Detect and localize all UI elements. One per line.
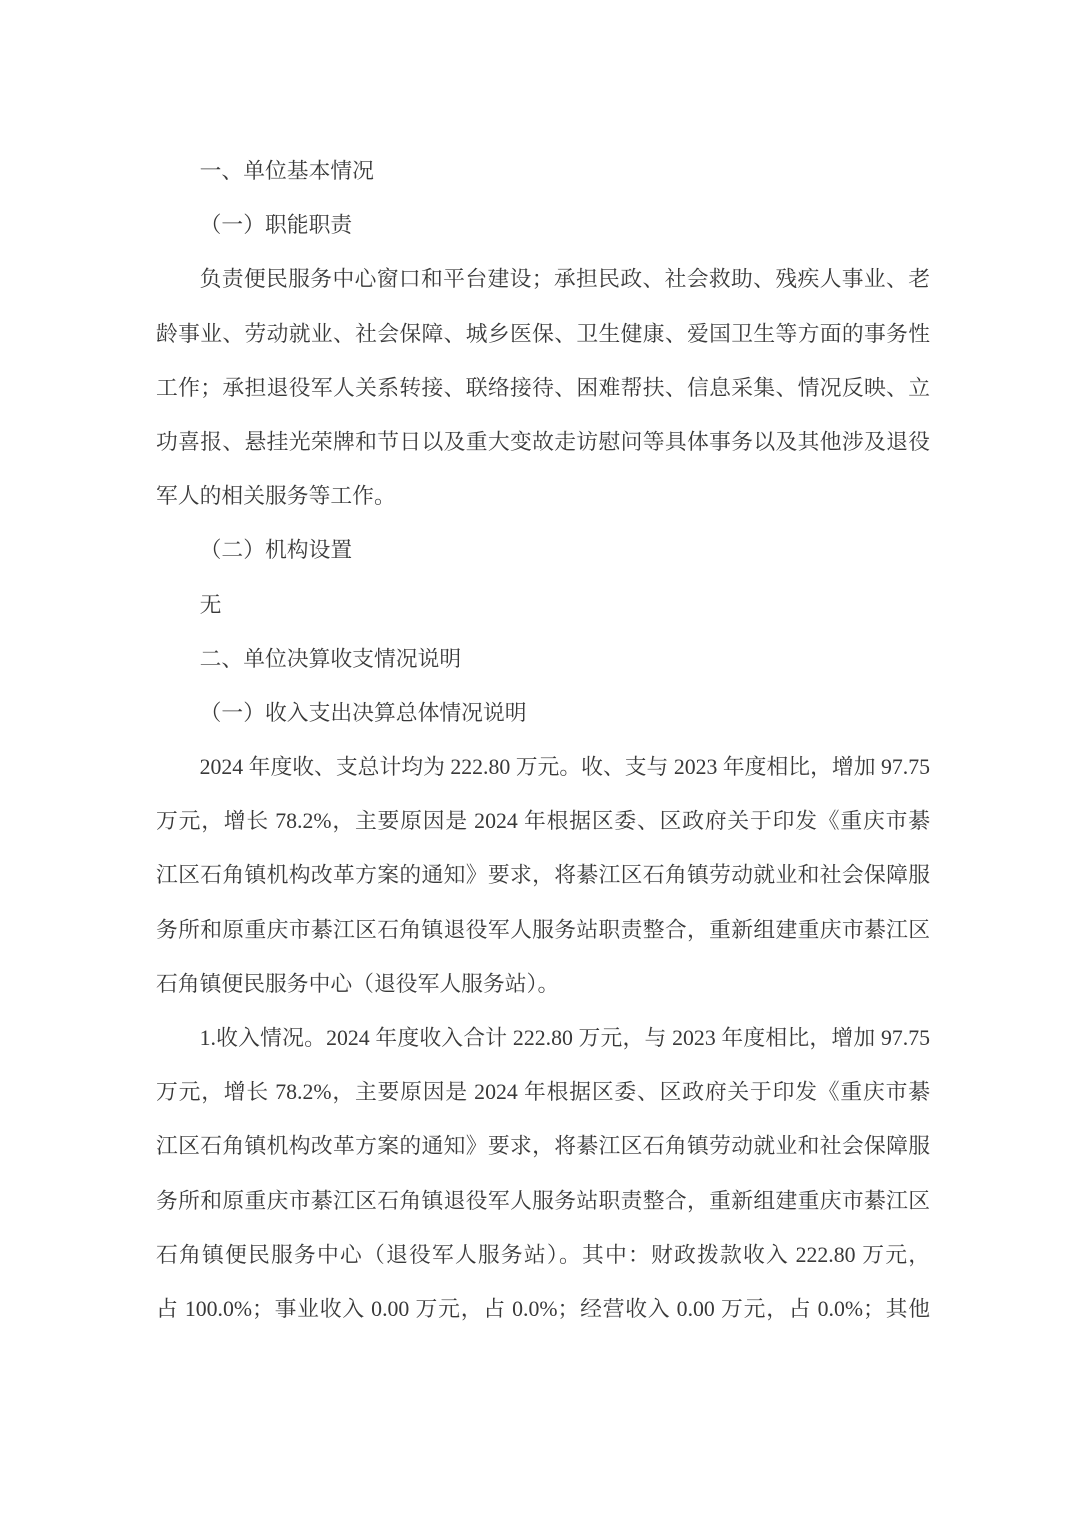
text-line: 石角镇便民服务中心（退役军人服务站）。 (156, 957, 930, 1011)
text-line: 务所和原重庆市綦江区石角镇退役军人服务站职责整合，重新组建重庆市綦江区 (156, 1174, 930, 1228)
text-line: 江区石角镇机构改革方案的通知》要求，将綦江区石角镇劳动就业和社会保障服 (156, 1119, 930, 1173)
text-line: 负责便民服务中心窗口和平台建设；承担民政、社会救助、残疾人事业、老 (156, 252, 930, 306)
document-text-body: 一、单位基本情况（一）职能职责负责便民服务中心窗口和平台建设；承担民政、社会救助… (156, 144, 930, 1336)
text-line: 务所和原重庆市綦江区石角镇退役军人服务站职责整合，重新组建重庆市綦江区 (156, 903, 930, 957)
text-line: 万元，增长 78.2%，主要原因是 2024 年根据区委、区政府关于印发《重庆市… (156, 794, 930, 848)
text-line: 万元，增长 78.2%，主要原因是 2024 年根据区委、区政府关于印发《重庆市… (156, 1065, 930, 1119)
text-line: （一）职能职责 (156, 198, 930, 252)
text-line: 一、单位基本情况 (156, 144, 930, 198)
text-line: 石角镇便民服务中心（退役军人服务站）。其中：财政拨款收入 222.80 万元， (156, 1228, 930, 1282)
document-page: 一、单位基本情况（一）职能职责负责便民服务中心窗口和平台建设；承担民政、社会救助… (0, 0, 1074, 1520)
text-line: 军人的相关服务等工作。 (156, 469, 930, 523)
text-line: 龄事业、劳动就业、社会保障、城乡医保、卫生健康、爱国卫生等方面的事务性 (156, 307, 930, 361)
text-line: 占 100.0%；事业收入 0.00 万元，占 0.0%；经营收入 0.00 万… (156, 1282, 930, 1336)
text-line: 功喜报、悬挂光荣牌和节日以及重大变故走访慰问等具体事务以及其他涉及退役 (156, 415, 930, 469)
text-line: （二）机构设置 (156, 523, 930, 577)
text-line: 工作；承担退役军人关系转接、联络接待、困难帮扶、信息采集、情况反映、立 (156, 361, 930, 415)
text-line: 1.收入情况。2024 年度收入合计 222.80 万元，与 2023 年度相比… (156, 1011, 930, 1065)
text-line: 二、单位决算收支情况说明 (156, 632, 930, 686)
text-line: （一）收入支出决算总体情况说明 (156, 686, 930, 740)
text-line: 2024 年度收、支总计均为 222.80 万元。收、支与 2023 年度相比，… (156, 740, 930, 794)
text-line: 无 (156, 578, 930, 632)
text-line: 江区石角镇机构改革方案的通知》要求，将綦江区石角镇劳动就业和社会保障服 (156, 848, 930, 902)
